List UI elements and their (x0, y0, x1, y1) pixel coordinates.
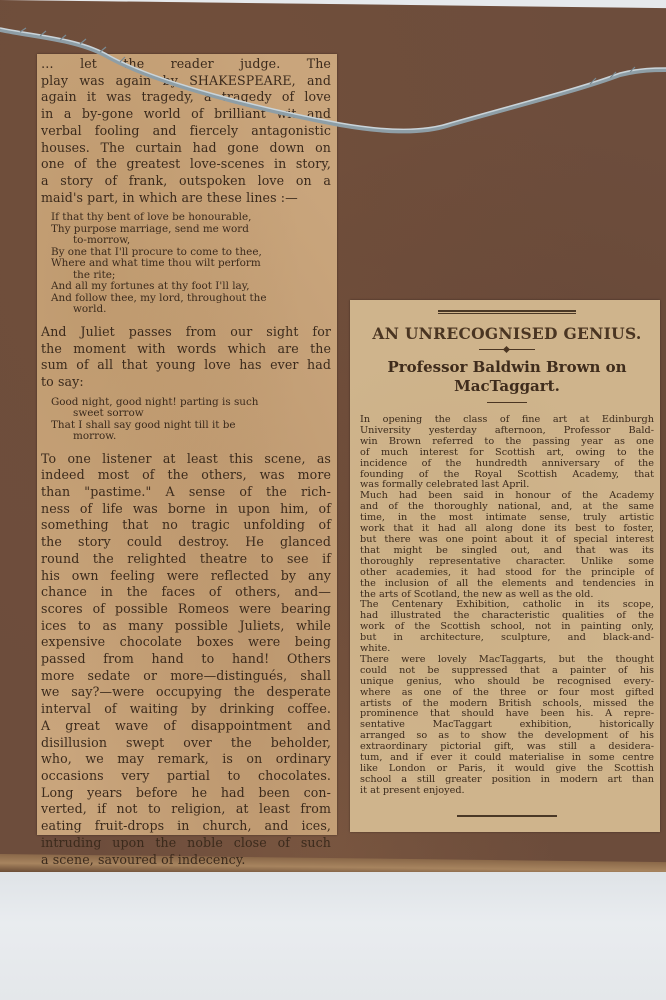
text-line: like London or Paris, it would give the … (360, 764, 654, 775)
text-line: There were lovely MacTaggarts, but the t… (360, 655, 654, 666)
text-line: occasions very partial to chocolates. (41, 768, 331, 785)
text-line: founding of the Royal Scottish Academy, … (360, 470, 654, 481)
text-line: verted, if not to religion, at least fro… (41, 801, 331, 818)
text-line: and of the thoroughly national, and, at … (360, 502, 654, 513)
text-line: work of the Scottish school, not in pain… (360, 622, 654, 633)
text-line: thoroughly representative character. Unl… (360, 557, 654, 568)
text-line: intruding upon the noble close of such (41, 835, 331, 852)
ornament-divider (479, 349, 535, 350)
text-line: scores of possible Romeos were bearing (41, 601, 331, 618)
text-line: to say: (41, 374, 331, 391)
text-line: … let the reader judge. The (41, 56, 331, 73)
text-line: the story could destroy. He glanced (41, 534, 331, 551)
text-line: artists of the modern British schools, m… (360, 699, 654, 710)
article-headline: AN UNRECOGNISED GENIUS. (360, 324, 654, 343)
right-paragraph-1: In opening the class of fine art at Edin… (360, 415, 654, 491)
left-paragraph-1: … let the reader judge. Theplay was agai… (41, 56, 331, 206)
text-line: the arts of Scotland, the new as well as… (360, 590, 654, 601)
text-line: eating fruit-drops in church, and ices, (41, 818, 331, 835)
top-rule (438, 310, 576, 314)
verse-line: world. (51, 304, 331, 316)
text-line: of much interest for Scottish art, owing… (360, 448, 654, 459)
article-subheadline: Professor Baldwin Brown on MacTaggart. (360, 358, 654, 396)
text-line: Long years before he had been con- (41, 785, 331, 802)
text-line: interval of waiting by drinking coffee. (41, 701, 331, 718)
text-line: A great wave of disappointment and (41, 718, 331, 735)
text-line: sum of all that young love has ever had (41, 357, 331, 374)
text-line: it at present enjoyed. (360, 786, 654, 797)
right-paragraph-2: Much had been said in honour of the Acad… (360, 491, 654, 600)
text-line: tum, and if ever it could materialise in… (360, 753, 654, 764)
text-line: verbal fooling and fiercely antagonistic (41, 123, 331, 140)
text-line: the moment with words which are the (41, 341, 331, 358)
text-line: than "pastime." A sense of the rich- (41, 484, 331, 501)
text-line: extraordinary pictorial gift, was still … (360, 742, 654, 753)
text-line: school a still greater position in moder… (360, 775, 654, 786)
text-line: University yesterday afternoon, Professo… (360, 426, 654, 437)
verse-line: sweet sorrow (51, 408, 331, 420)
subhead-line-1: Professor Baldwin Brown on (387, 358, 626, 376)
text-line: but in architecture, sculpture, and blac… (360, 633, 654, 644)
text-line: sentative MacTaggart exhibition, histori… (360, 720, 654, 731)
left-paragraph-3: To one listener at least this scene, asi… (41, 451, 331, 869)
text-line: one of the greatest love-scenes in story… (41, 156, 331, 173)
text-line: something that no tragic unfolding of (41, 517, 331, 534)
text-line: indeed most of the others, was more (41, 467, 331, 484)
text-line: was formally celebrated last April. (360, 480, 654, 491)
text-line: ness of life was borne in upon him, of (41, 501, 331, 518)
text-line: disillusion swept over the beholder, (41, 735, 331, 752)
text-line: other academies, it had stood for the pr… (360, 568, 654, 579)
white-wall-surface (0, 872, 666, 1000)
left-newspaper-clipping: … let the reader judge. Theplay was agai… (37, 54, 337, 835)
text-line: where as one of the three or four most g… (360, 688, 654, 699)
text-line: could not be suppressed that a painter o… (360, 666, 654, 677)
text-line: arranged so as to show the development o… (360, 731, 654, 742)
text-line: a scene, savoured of indecency. (41, 852, 331, 869)
text-line: prominence that should have been his. A … (360, 709, 654, 720)
text-line: had illustrated the characteristic quali… (360, 611, 654, 622)
text-line: that might be singled out, and that was … (360, 546, 654, 557)
text-line: chance in the faces of others, and— (41, 584, 331, 601)
subhead-line-2: MacTaggart. (454, 377, 560, 395)
text-line: The Centenary Exhibition, catholic in it… (360, 600, 654, 611)
text-line: houses. The curtain had gone down on (41, 140, 331, 157)
text-line: maid's part, in which are these lines :— (41, 190, 331, 207)
right-newspaper-clipping: AN UNRECOGNISED GENIUS. Professor Baldwi… (350, 300, 660, 832)
text-line: incidence of the hundredth anniversary o… (360, 459, 654, 470)
text-line: the inclusion of all the elements and te… (360, 579, 654, 590)
text-line: a story of frank, outspoken love on a (41, 173, 331, 190)
text-line: round the relighted theatre to see if (41, 551, 331, 568)
text-line: white. (360, 644, 654, 655)
small-divider (487, 402, 527, 403)
text-line: Much had been said in honour of the Acad… (360, 491, 654, 502)
text-line: win Brown referred to the passing year a… (360, 437, 654, 448)
text-line: play was again by SHAKESPEARE, and (41, 73, 331, 90)
text-line: passed from hand to hand! Others (41, 651, 331, 668)
text-line: his own feeling were reflected by any (41, 568, 331, 585)
left-verse-1: If that thy bent of love be honourable,T… (41, 212, 331, 316)
text-line: In opening the class of fine art at Edin… (360, 415, 654, 426)
left-paragraph-2: And Juliet passes from our sight forthe … (41, 324, 331, 391)
text-line: unique genius, who should be recognised … (360, 677, 654, 688)
text-line: work that it had all along done its best… (360, 524, 654, 535)
text-line: we say?—were occupying the desperate (41, 684, 331, 701)
text-line: To one listener at least this scene, as (41, 451, 331, 468)
right-paragraph-4: There were lovely MacTaggarts, but the t… (360, 655, 654, 797)
text-line: more sedate or more—distingués, shall (41, 668, 331, 685)
text-line: And Juliet passes from our sight for (41, 324, 331, 341)
text-line: ices to as many possible Juliets, while (41, 618, 331, 635)
text-line: time, in the most intimate sense, truly … (360, 513, 654, 524)
text-line: expensive chocolate boxes were being (41, 634, 331, 651)
text-line: who, we may remark, is on ordinary (41, 751, 331, 768)
text-line: again it was tragedy, a tragedy of love (41, 89, 331, 106)
right-paragraph-3: The Centenary Exhibition, catholic in it… (360, 600, 654, 655)
bottom-rule (457, 815, 557, 817)
verse-line: morrow. (51, 431, 331, 443)
text-line: in a by-gone world of brilliant wit and (41, 106, 331, 123)
text-line: but there was one point about it of spec… (360, 535, 654, 546)
left-verse-2: Good night, good night! parting is suchs… (41, 397, 331, 443)
